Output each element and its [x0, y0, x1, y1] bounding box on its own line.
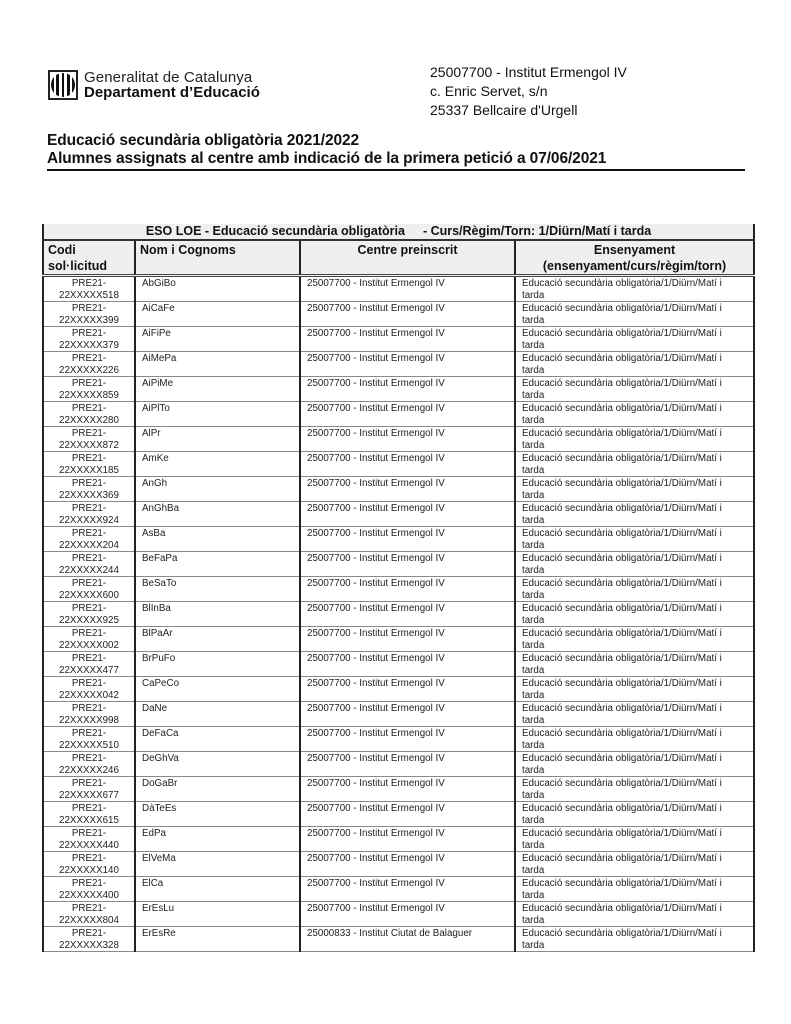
cell-name: AsBa	[135, 527, 300, 552]
table-row: PRE21-22XXXXX328ErEsRe25000833 - Institu…	[43, 927, 754, 952]
title-line-2: Alumnes assignats al centre amb indicaci…	[47, 150, 745, 168]
department-logo: Generalitat de Catalunya Departament d’E…	[48, 70, 260, 100]
cell-centre: 25007700 - Institut Ermengol IV	[300, 552, 515, 577]
cell-centre: 25007700 - Institut Ermengol IV	[300, 827, 515, 852]
cell-ensenyament: Educació secundària obligatòria/1/Diürn/…	[515, 302, 754, 327]
school-city: 25337 Bellcaire d'Urgell	[430, 101, 627, 120]
cell-name: DaNe	[135, 702, 300, 727]
cell-centre: 25007700 - Institut Ermengol IV	[300, 276, 515, 302]
table-row: PRE21-22XXXXX204AsBa25007700 - Institut …	[43, 527, 754, 552]
cell-code: PRE21-22XXXXX400	[43, 877, 135, 902]
cell-code: PRE21-22XXXXX002	[43, 627, 135, 652]
cell-code: PRE21-22XXXXX328	[43, 927, 135, 952]
cell-ensenyament: Educació secundària obligatòria/1/Diürn/…	[515, 327, 754, 352]
cell-ensenyament: Educació secundària obligatòria/1/Diürn/…	[515, 677, 754, 702]
generalitat-emblem-icon	[48, 70, 78, 100]
table-row: PRE21-22XXXXX440EdPa25007700 - Institut …	[43, 827, 754, 852]
logo-department-text: Departament d’Educació	[84, 85, 260, 100]
cell-centre: 25007700 - Institut Ermengol IV	[300, 477, 515, 502]
cell-ensenyament: Educació secundària obligatòria/1/Diürn/…	[515, 777, 754, 802]
cell-ensenyament: Educació secundària obligatòria/1/Diürn/…	[515, 652, 754, 677]
table-row: PRE21-22XXXXX140ElVeMa25007700 - Institu…	[43, 852, 754, 877]
cell-centre: 25007700 - Institut Ermengol IV	[300, 902, 515, 927]
cell-centre: 25007700 - Institut Ermengol IV	[300, 527, 515, 552]
cell-centre: 25007700 - Institut Ermengol IV	[300, 802, 515, 827]
cell-ensenyament: Educació secundària obligatòria/1/Diürn/…	[515, 352, 754, 377]
table-row: PRE21-22XXXXX872AlPr25007700 - Institut …	[43, 427, 754, 452]
cell-ensenyament: Educació secundària obligatòria/1/Diürn/…	[515, 927, 754, 952]
table-row: PRE21-22XXXXX677DoGaBr25007700 - Institu…	[43, 777, 754, 802]
table-row: PRE21-22XXXXX477BrPuFo25007700 - Institu…	[43, 652, 754, 677]
table-row: PRE21-22XXXXX859AiPiMe25007700 - Institu…	[43, 377, 754, 402]
table-row: PRE21-22XXXXX600BeSaTo25007700 - Institu…	[43, 577, 754, 602]
cell-code: PRE21-22XXXXX925	[43, 602, 135, 627]
cell-ensenyament: Educació secundària obligatòria/1/Diürn/…	[515, 602, 754, 627]
cell-name: AmKe	[135, 452, 300, 477]
cell-name: AiMePa	[135, 352, 300, 377]
cell-ensenyament: Educació secundària obligatòria/1/Diürn/…	[515, 852, 754, 877]
cell-ensenyament: Educació secundària obligatòria/1/Diürn/…	[515, 702, 754, 727]
cell-centre: 25007700 - Institut Ermengol IV	[300, 627, 515, 652]
cell-code: PRE21-22XXXXX246	[43, 752, 135, 777]
table-row: PRE21-22XXXXX280AiPlTo25007700 - Institu…	[43, 402, 754, 427]
cell-name: BlPaAr	[135, 627, 300, 652]
column-header-ensenyament: Ensenyament(ensenyament/curs/règim/torn)	[515, 240, 754, 276]
cell-name: AbGiBo	[135, 276, 300, 302]
table-row: PRE21-22XXXXX379AiFiPe25007700 - Institu…	[43, 327, 754, 352]
cell-centre: 25007700 - Institut Ermengol IV	[300, 427, 515, 452]
cell-name: ErEsRe	[135, 927, 300, 952]
table-row: PRE21-22XXXXX246DeGhVa25007700 - Institu…	[43, 752, 754, 777]
table-row: PRE21-22XXXXX002BlPaAr25007700 - Institu…	[43, 627, 754, 652]
table-row: PRE21-22XXXXX510DeFaCa25007700 - Institu…	[43, 727, 754, 752]
cell-ensenyament: Educació secundària obligatòria/1/Diürn/…	[515, 452, 754, 477]
column-header-name: Nom i Cognoms	[135, 240, 300, 276]
table-group-header: ESO LOE - Educació secundària obligatòri…	[43, 224, 754, 240]
school-address: 25007700 - Institut Ermengol IV c. Enric…	[430, 63, 627, 120]
cell-centre: 25007700 - Institut Ermengol IV	[300, 852, 515, 877]
cell-ensenyament: Educació secundària obligatòria/1/Diürn/…	[515, 402, 754, 427]
table-row: PRE21-22XXXXX804ErEsLu25007700 - Institu…	[43, 902, 754, 927]
school-street: c. Enric Servet, s/n	[430, 82, 627, 101]
cell-name: AiPiMe	[135, 377, 300, 402]
cell-centre: 25007700 - Institut Ermengol IV	[300, 602, 515, 627]
cell-name: AiPlTo	[135, 402, 300, 427]
cell-code: PRE21-22XXXXX204	[43, 527, 135, 552]
cell-name: BeSaTo	[135, 577, 300, 602]
cell-name: BeFaPa	[135, 552, 300, 577]
cell-name: BlInBa	[135, 602, 300, 627]
document-title: Educació secundària obligatòria 2021/202…	[47, 132, 745, 171]
table-row: PRE21-22XXXXX042CaPeCo25007700 - Institu…	[43, 677, 754, 702]
cell-centre: 25000833 - Institut Ciutat de Balaguer	[300, 927, 515, 952]
cell-name: DeGhVa	[135, 752, 300, 777]
cell-centre: 25007700 - Institut Ermengol IV	[300, 352, 515, 377]
cell-ensenyament: Educació secundària obligatòria/1/Diürn/…	[515, 752, 754, 777]
cell-code: PRE21-22XXXXX872	[43, 427, 135, 452]
cell-ensenyament: Educació secundària obligatòria/1/Diürn/…	[515, 276, 754, 302]
table-column-headers: Codisol·licitud Nom i Cognoms Centre pre…	[43, 240, 754, 276]
group-title: ESO LOE - Educació secundària obligatòri…	[43, 224, 754, 240]
cell-code: PRE21-22XXXXX042	[43, 677, 135, 702]
cell-ensenyament: Educació secundària obligatòria/1/Diürn/…	[515, 727, 754, 752]
cell-code: PRE21-22XXXXX440	[43, 827, 135, 852]
table-row: PRE21-22XXXXX369AnGh25007700 - Institut …	[43, 477, 754, 502]
cell-code: PRE21-22XXXXX804	[43, 902, 135, 927]
cell-code: PRE21-22XXXXX600	[43, 577, 135, 602]
school-name: 25007700 - Institut Ermengol IV	[430, 63, 627, 82]
cell-name: CaPeCo	[135, 677, 300, 702]
cell-centre: 25007700 - Institut Ermengol IV	[300, 652, 515, 677]
cell-ensenyament: Educació secundària obligatòria/1/Diürn/…	[515, 377, 754, 402]
cell-ensenyament: Educació secundària obligatòria/1/Diürn/…	[515, 827, 754, 852]
cell-code: PRE21-22XXXXX477	[43, 652, 135, 677]
column-header-code: Codisol·licitud	[43, 240, 135, 276]
cell-code: PRE21-22XXXXX677	[43, 777, 135, 802]
cell-name: DoGaBr	[135, 777, 300, 802]
cell-centre: 25007700 - Institut Ermengol IV	[300, 502, 515, 527]
logo-generalitat-text: Generalitat de Catalunya	[84, 70, 260, 85]
cell-code: PRE21-22XXXXX369	[43, 477, 135, 502]
cell-code: PRE21-22XXXXX518	[43, 276, 135, 302]
cell-ensenyament: Educació secundària obligatòria/1/Diürn/…	[515, 902, 754, 927]
table-row: PRE21-22XXXXX998DaNe25007700 - Institut …	[43, 702, 754, 727]
cell-name: ElVeMa	[135, 852, 300, 877]
cell-name: AlPr	[135, 427, 300, 452]
cell-centre: 25007700 - Institut Ermengol IV	[300, 302, 515, 327]
cell-code: PRE21-22XXXXX226	[43, 352, 135, 377]
table-row: PRE21-22XXXXX244BeFaPa25007700 - Institu…	[43, 552, 754, 577]
cell-centre: 25007700 - Institut Ermengol IV	[300, 327, 515, 352]
cell-code: PRE21-22XXXXX924	[43, 502, 135, 527]
cell-code: PRE21-22XXXXX998	[43, 702, 135, 727]
cell-ensenyament: Educació secundària obligatòria/1/Diürn/…	[515, 577, 754, 602]
cell-name: ElCa	[135, 877, 300, 902]
cell-code: PRE21-22XXXXX280	[43, 402, 135, 427]
cell-ensenyament: Educació secundària obligatòria/1/Diürn/…	[515, 477, 754, 502]
cell-name: AiFiPe	[135, 327, 300, 352]
table-row: PRE21-22XXXXX924AnGhBa25007700 - Institu…	[43, 502, 754, 527]
cell-centre: 25007700 - Institut Ermengol IV	[300, 677, 515, 702]
table-row: PRE21-22XXXXX518AbGiBo25007700 - Institu…	[43, 276, 754, 302]
cell-name: DàTeEs	[135, 802, 300, 827]
cell-centre: 25007700 - Institut Ermengol IV	[300, 777, 515, 802]
cell-ensenyament: Educació secundària obligatòria/1/Diürn/…	[515, 552, 754, 577]
cell-centre: 25007700 - Institut Ermengol IV	[300, 577, 515, 602]
cell-ensenyament: Educació secundària obligatòria/1/Diürn/…	[515, 802, 754, 827]
table-row: PRE21-22XXXXX185AmKe25007700 - Institut …	[43, 452, 754, 477]
cell-name: ErEsLu	[135, 902, 300, 927]
cell-code: PRE21-22XXXXX379	[43, 327, 135, 352]
cell-name: EdPa	[135, 827, 300, 852]
cell-ensenyament: Educació secundària obligatòria/1/Diürn/…	[515, 502, 754, 527]
cell-centre: 25007700 - Institut Ermengol IV	[300, 877, 515, 902]
cell-centre: 25007700 - Institut Ermengol IV	[300, 452, 515, 477]
cell-code: PRE21-22XXXXX399	[43, 302, 135, 327]
cell-ensenyament: Educació secundària obligatòria/1/Diürn/…	[515, 527, 754, 552]
cell-centre: 25007700 - Institut Ermengol IV	[300, 402, 515, 427]
cell-name: DeFaCa	[135, 727, 300, 752]
table-row: PRE21-22XXXXX925BlInBa25007700 - Institu…	[43, 602, 754, 627]
cell-name: AnGh	[135, 477, 300, 502]
cell-centre: 25007700 - Institut Ermengol IV	[300, 752, 515, 777]
cell-code: PRE21-22XXXXX859	[43, 377, 135, 402]
table-row: PRE21-22XXXXX400ElCa25007700 - Institut …	[43, 877, 754, 902]
cell-centre: 25007700 - Institut Ermengol IV	[300, 702, 515, 727]
cell-ensenyament: Educació secundària obligatòria/1/Diürn/…	[515, 427, 754, 452]
cell-ensenyament: Educació secundària obligatòria/1/Diürn/…	[515, 877, 754, 902]
cell-code: PRE21-22XXXXX140	[43, 852, 135, 877]
cell-centre: 25007700 - Institut Ermengol IV	[300, 377, 515, 402]
cell-name: BrPuFo	[135, 652, 300, 677]
cell-name: AnGhBa	[135, 502, 300, 527]
students-table: ESO LOE - Educació secundària obligatòri…	[42, 224, 755, 952]
cell-code: PRE21-22XXXXX244	[43, 552, 135, 577]
table-row: PRE21-22XXXXX615DàTeEs25007700 - Institu…	[43, 802, 754, 827]
cell-code: PRE21-22XXXXX615	[43, 802, 135, 827]
title-line-1: Educació secundària obligatòria 2021/202…	[47, 132, 745, 150]
cell-ensenyament: Educació secundària obligatòria/1/Diürn/…	[515, 627, 754, 652]
cell-centre: 25007700 - Institut Ermengol IV	[300, 727, 515, 752]
table-row: PRE21-22XXXXX226AiMePa25007700 - Institu…	[43, 352, 754, 377]
cell-code: PRE21-22XXXXX185	[43, 452, 135, 477]
cell-code: PRE21-22XXXXX510	[43, 727, 135, 752]
cell-name: AiCaFe	[135, 302, 300, 327]
table-row: PRE21-22XXXXX399AiCaFe25007700 - Institu…	[43, 302, 754, 327]
column-header-centre: Centre preinscrit	[300, 240, 515, 276]
